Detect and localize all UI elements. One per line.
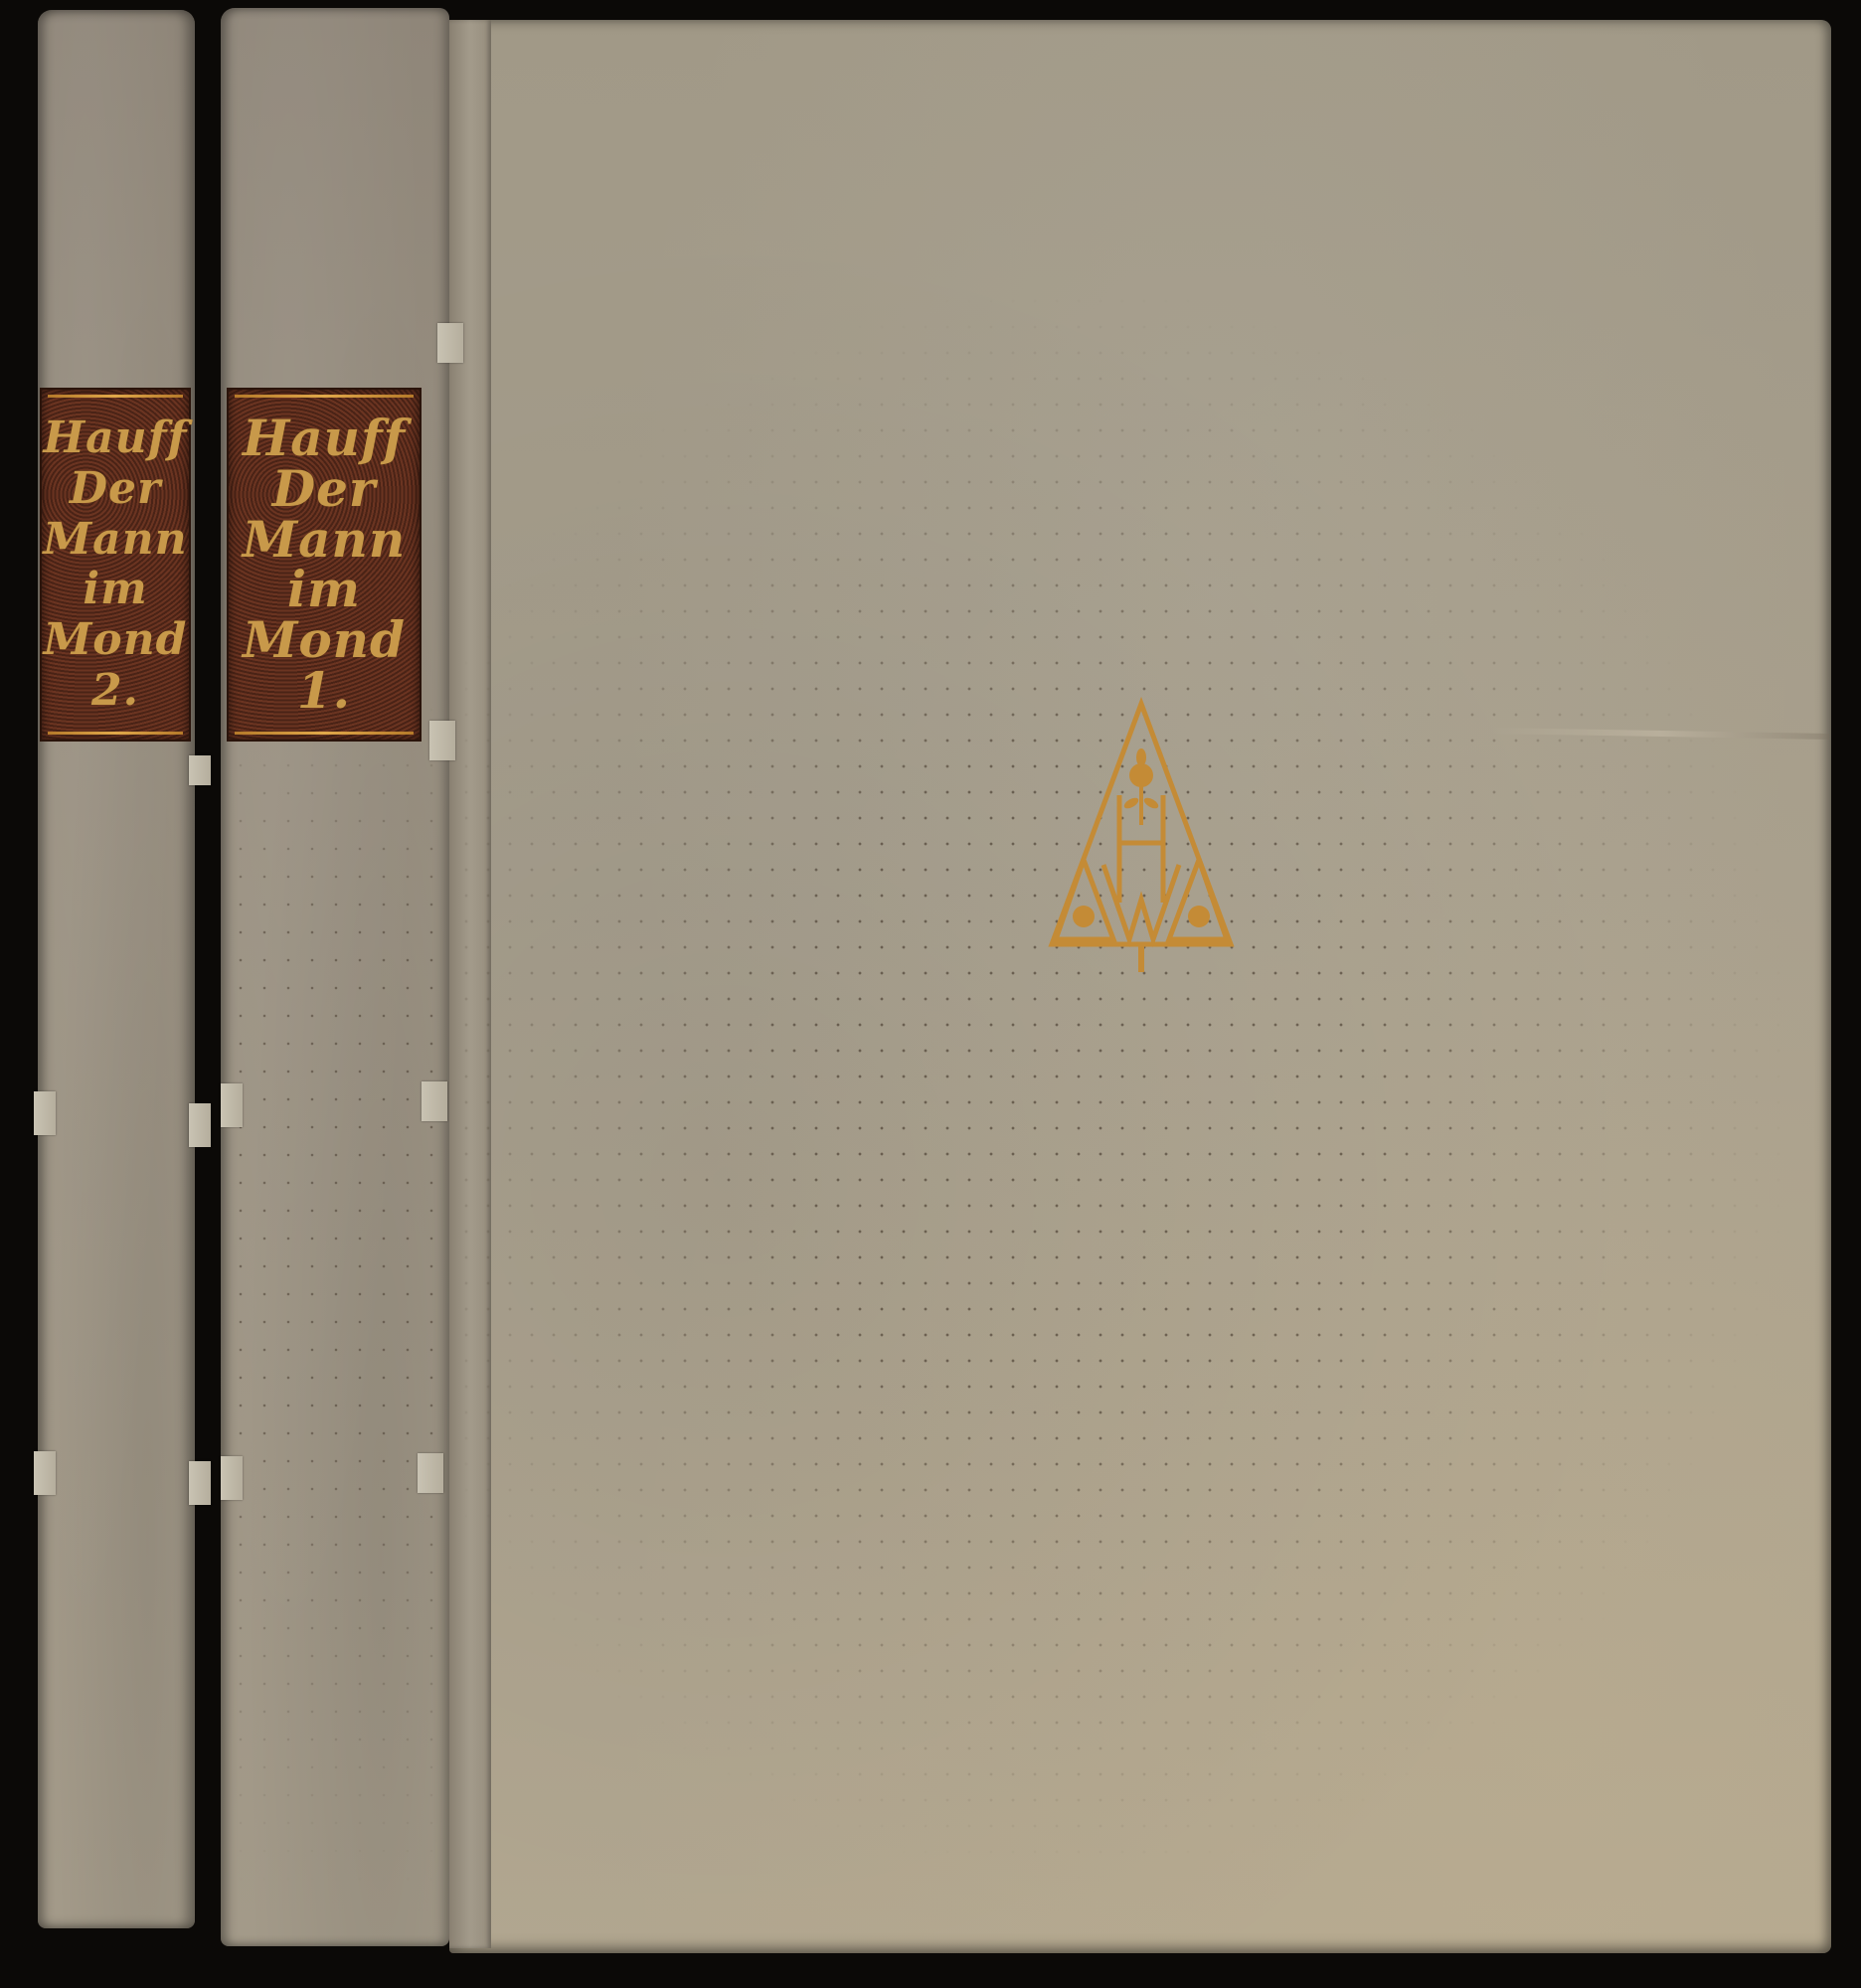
spine-label-line: Mann [243, 515, 406, 565]
book-spine-volume-1 [221, 8, 449, 1946]
spine-tie-tab [221, 1083, 243, 1127]
hw-monogram-emblem-icon [1042, 696, 1241, 979]
photo-scene: Hauff Der Mann im Mond 2. Hauff Der Mann… [0, 0, 1861, 1988]
spine-label-line: Der [272, 464, 377, 514]
spine-label-volume-number: 1. [297, 666, 351, 716]
spine-label-volume-number: 2. [91, 669, 139, 713]
spine-tie-tab [34, 1451, 56, 1495]
spine-label-volume-1: Hauff Der Mann im Mond 1. [227, 388, 422, 742]
spine-label-line: im [83, 568, 147, 611]
hinge-tab [429, 721, 455, 760]
spine-label-line: Hauff [243, 414, 406, 463]
spine-label-line: Mond [243, 615, 406, 665]
spine-tie-tab [189, 1103, 211, 1147]
gilt-rule [235, 732, 414, 735]
spine-tie-tab [221, 1456, 243, 1500]
spine-tie-tab [189, 755, 211, 785]
spine-label-line: im [287, 565, 361, 614]
spine-label-line: Der [70, 467, 161, 511]
gilt-rule [48, 732, 183, 735]
book-spine-volume-2 [38, 10, 195, 1928]
spine-label-line: Mond [44, 618, 188, 662]
spine-tie-tab [189, 1461, 211, 1505]
book-front-cover [449, 20, 1831, 1953]
gilt-rule [48, 395, 183, 398]
hinge-tab [422, 1081, 447, 1121]
hinge-tab [418, 1453, 443, 1493]
spine-label-line: Hauff [44, 416, 188, 460]
hinge-tab [437, 323, 463, 363]
cover-hinge [449, 20, 491, 1948]
spine-tie-tab [34, 1091, 56, 1135]
spine-label-line: Mann [43, 518, 187, 562]
gilt-rule [235, 395, 414, 398]
spine-label-volume-2: Hauff Der Mann im Mond 2. [40, 388, 191, 742]
